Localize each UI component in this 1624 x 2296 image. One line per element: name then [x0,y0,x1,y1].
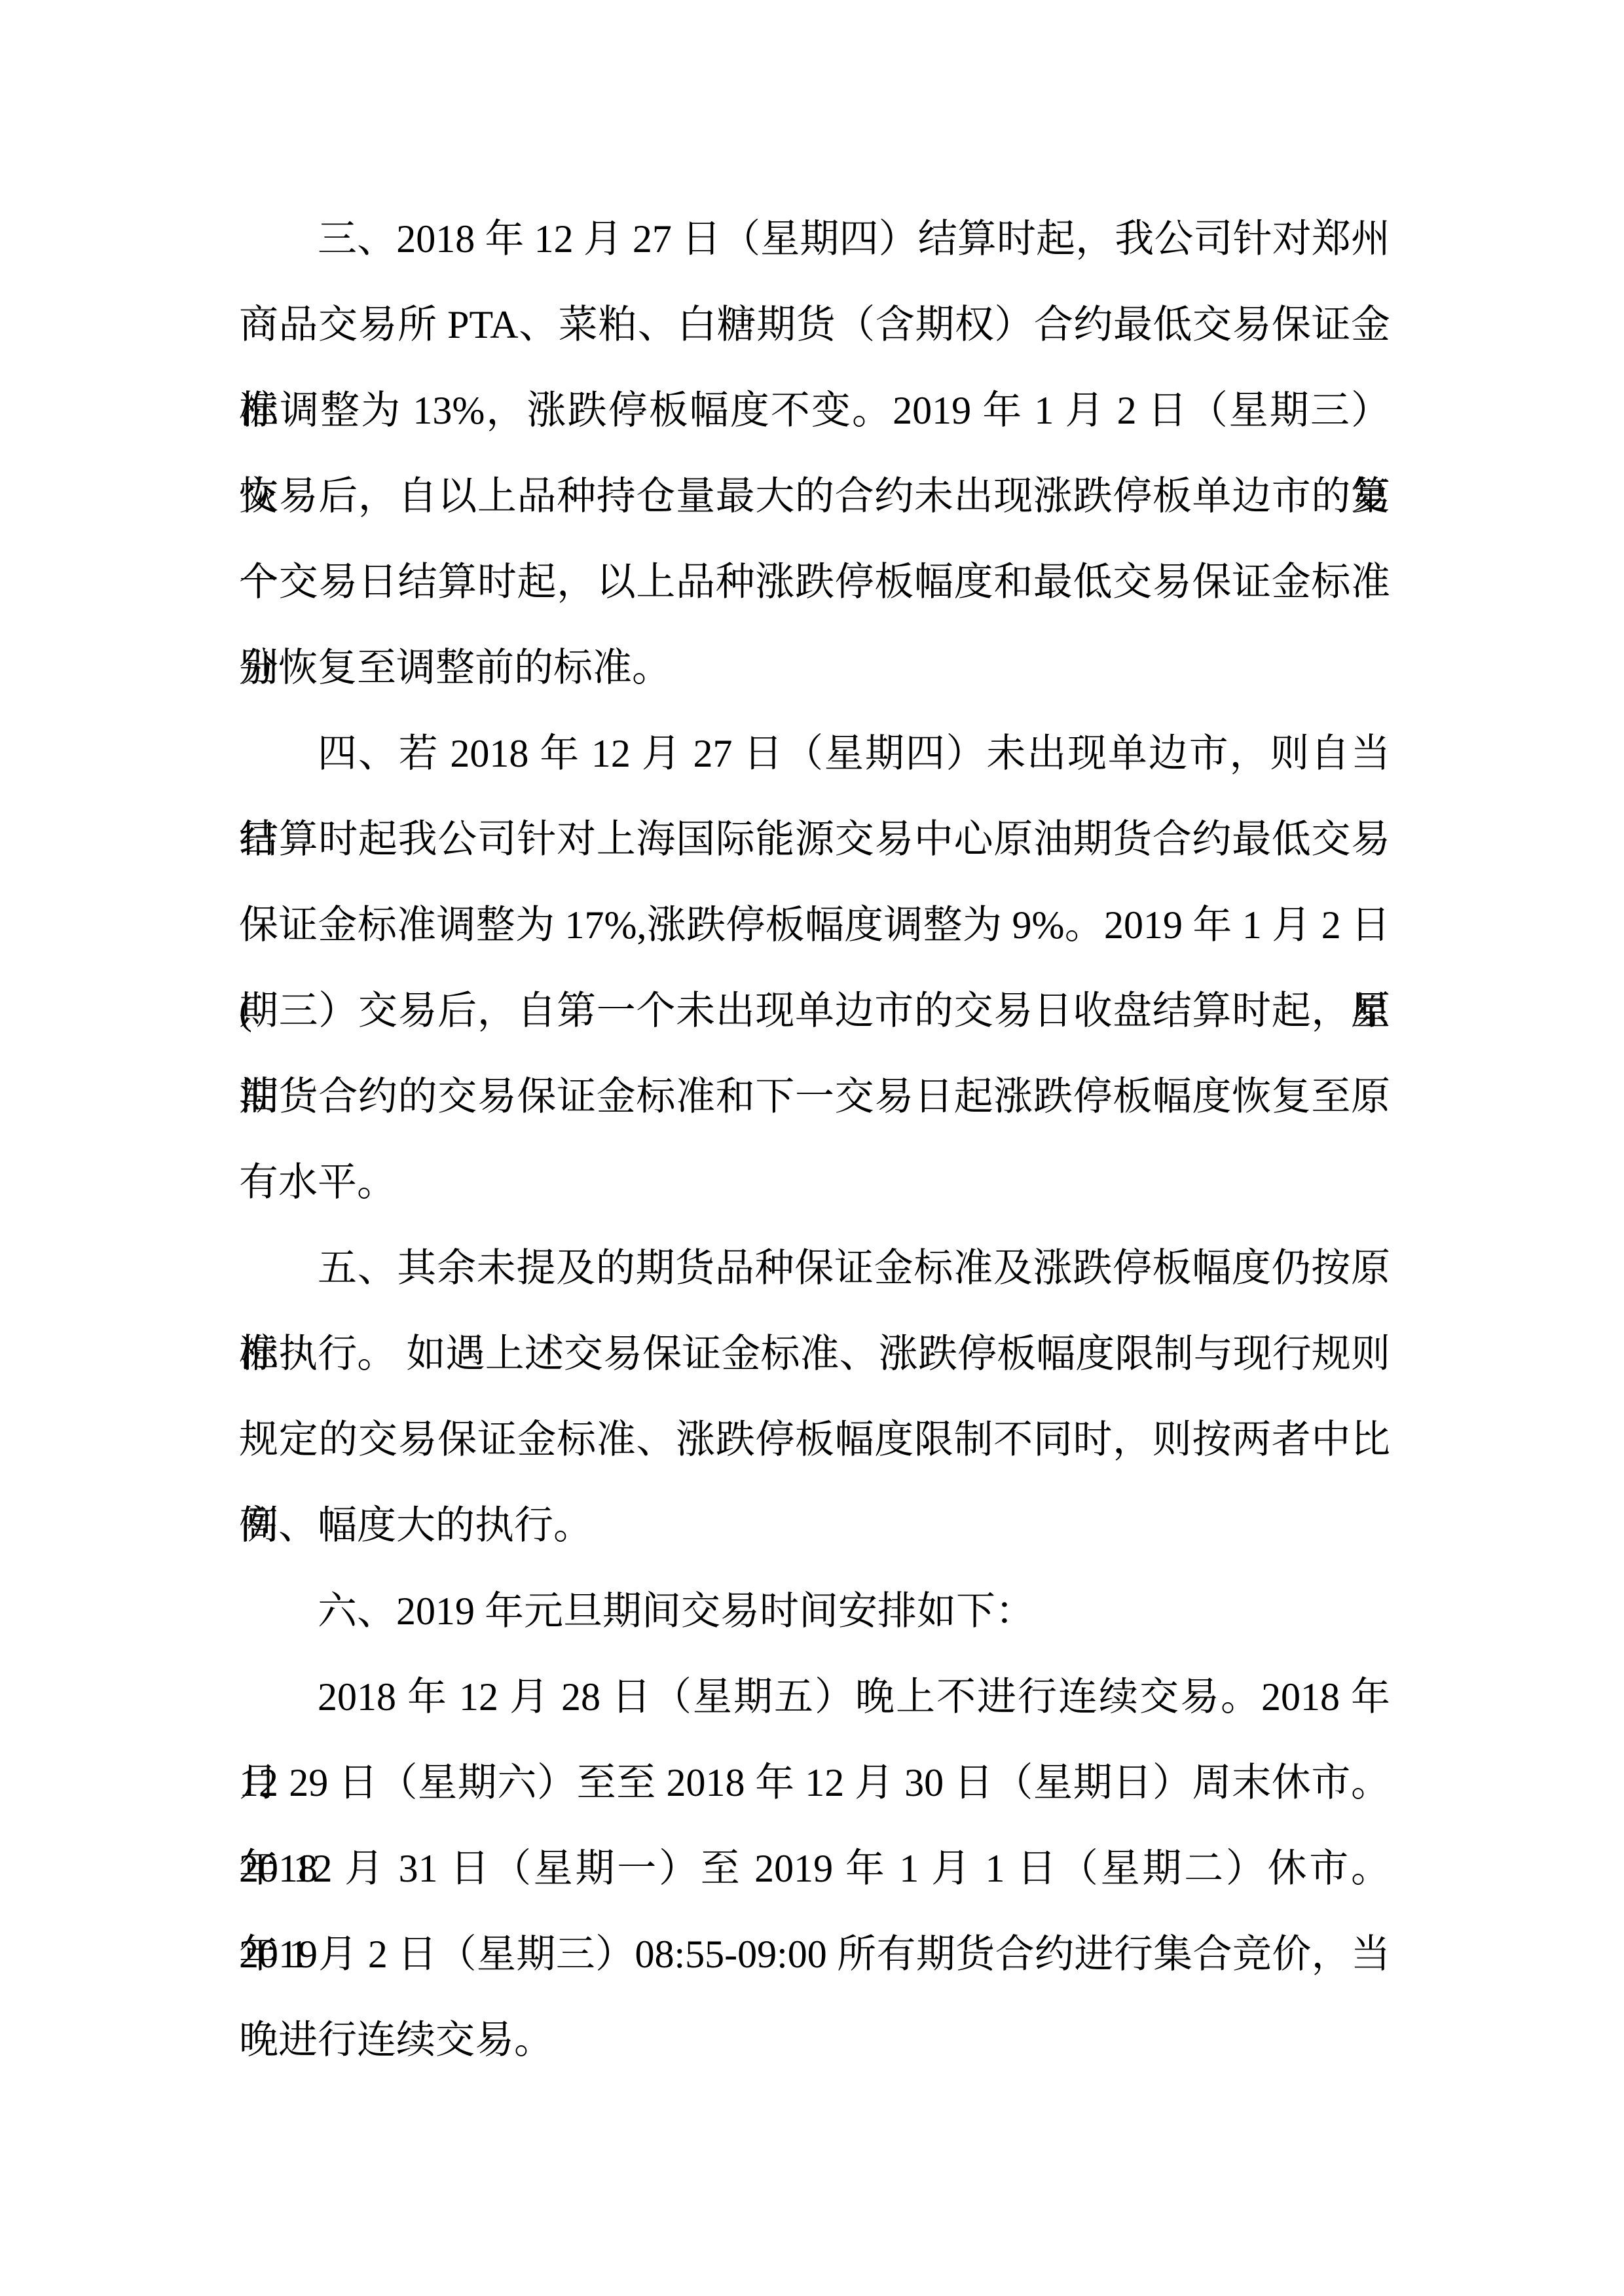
text-line: 个交易日结算时起，以上品种涨跌停板幅度和最低交易保证金标准分 [239,539,1390,625]
text-line: 有水平。 [239,1140,1390,1226]
text-line: 六、2019 年元旦期间交易时间安排如下： [239,1569,1390,1654]
text-line: 四、若 2018 年 12 月 27 日（星期四）未出现单边市，则自当日 [239,711,1390,797]
text-line: 晚进行连续交易。 [239,1997,1390,2083]
text-line: 高、幅度大的执行。 [239,1483,1390,1569]
text-line: 别恢复至调整前的标准。 [239,625,1390,711]
text-line: 结算时起我公司针对上海国际能源交易中心原油期货合约最低交易 [239,797,1390,883]
text-line: 交易后，自以上品种持仓量最大的合约未出现涨跌停板单边市的第一 [239,454,1390,539]
text-line: 期货合约的交易保证金标准和下一交易日起涨跌停板幅度恢复至原 [239,1054,1390,1140]
text-line: 规定的交易保证金标准、涨跌停板幅度限制不同时，则按两者中比例 [239,1397,1390,1483]
text-line: 期三）交易后，自第一个未出现单边市的交易日收盘结算时起，原油 [239,968,1390,1054]
text-line: 三、2018 年 12 月 27 日（星期四）结算时起，我公司针对郑州 [239,196,1390,282]
document-page: 三、2018 年 12 月 27 日（星期四）结算时起，我公司针对郑州商品交易所… [0,0,1624,2296]
para-schedule: 2018 年 12 月 28 日（星期五）晚上不进行连续交易。2018 年 12… [239,1654,1390,2083]
text-line: 年 12 月 31 日（星期一）至 2019 年 1 月 1 日（星期二）休市。… [239,1826,1390,1912]
text-line: 准执行。 如遇上述交易保证金标准、涨跌停板幅度限制与现行规则 [239,1311,1390,1397]
document-body: 三、2018 年 12 月 27 日（星期四）结算时起，我公司针对郑州商品交易所… [239,196,1390,2083]
text-line: 准调整为 13%，涨跌停板幅度不变。2019 年 1 月 2 日（星期三）恢复 [239,368,1390,454]
text-line: 五、其余未提及的期货品种保证金标准及涨跌停板幅度仍按原标 [239,1226,1390,1311]
para-item-6: 六、2019 年元旦期间交易时间安排如下： [239,1569,1390,1654]
text-line: 年 1 月 2 日（星期三）08:55-09:00 所有期货合约进行集合竞价，当 [239,1912,1390,1997]
text-line: 月 29 日（星期六）至至 2018 年 12 月 30 日（星期日）周末休市。… [239,1740,1390,1826]
para-item-3: 三、2018 年 12 月 27 日（星期四）结算时起，我公司针对郑州商品交易所… [239,196,1390,711]
text-line: 2018 年 12 月 28 日（星期五）晚上不进行连续交易。2018 年 12 [239,1654,1390,1740]
text-line: 商品交易所 PTA、菜粕、白糖期货（含期权）合约最低交易保证金标 [239,282,1390,368]
para-item-4: 四、若 2018 年 12 月 27 日（星期四）未出现单边市，则自当日结算时起… [239,711,1390,1226]
para-item-5: 五、其余未提及的期货品种保证金标准及涨跌停板幅度仍按原标准执行。 如遇上述交易保… [239,1226,1390,1569]
text-line: 保证金标准调整为 17%,涨跌停板幅度调整为 9%。2019 年 1 月 2 日… [239,883,1390,968]
